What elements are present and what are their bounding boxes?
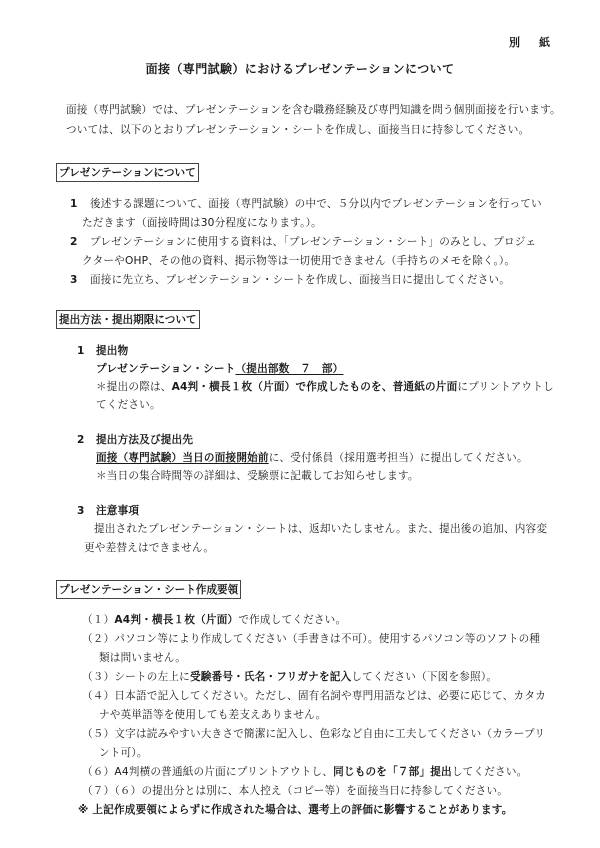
item-number: （４） (82, 690, 114, 702)
submission-note-cont: てください。 (96, 397, 161, 412)
guideline-bold: 受験番号・氏名・フリガナを記入 (190, 671, 351, 683)
section-heading-submission: 提出方法・提出期限について (56, 310, 200, 329)
reference-mark-icon: ※ (78, 804, 89, 816)
item-number: （３） (82, 671, 114, 683)
guideline-item-cont: ナや英単語等を使用しても差支えありません。 (99, 707, 326, 722)
item-number: 2 (77, 434, 96, 446)
guideline-item: （５）文字は読みやすい大きさで簡潔に記入し、色彩など自由に工夫してください（カラ… (82, 726, 545, 741)
item-number: （１） (82, 614, 114, 626)
note-prefix: ＊提出の際は、 (96, 381, 172, 393)
attachment-label: 別 紙 (509, 34, 554, 50)
guideline-text: 日本語で記入してください。ただし、固有名詞や専門用語などは、必要に応じて、カタカ (114, 690, 546, 702)
item-text: プレゼンテーションに使用する資料は、「プレゼンテーション・シート」のみとし、プロ… (90, 236, 536, 248)
item-number: 3 (70, 274, 90, 286)
guideline-item: （６）A4判横の普通紙の片面にプリントアウトし、同じものを「７部」提出してくださ… (82, 764, 527, 779)
submission-method: 面接（専門試験）当日の面接開始前に、受付係員（採用選考担当）に提出してください。 (96, 450, 528, 465)
guideline-item-cont: 類は問いません。 (99, 650, 186, 665)
submission-destination: に、受付係員（採用選考担当）に提出してください。 (269, 452, 528, 464)
guideline-text: （６）の提出分とは別に、本人控え（コピー等）を面接当日に持参してください。 (114, 785, 508, 797)
item-text: 後述する課題について、面接（専門試験）の中で、５分以内でプレゼンテーションを行っ… (90, 198, 542, 210)
list-item-cont: ただきます（面接時間は30分程度になります。）。 (82, 215, 322, 230)
warning-note: ※ 上記作成要領によらずに作成された場合は、選考上の評価に影響することがあります… (78, 802, 513, 817)
submission-note: ＊提出の際は、A4判・横長１枚（片面）で作成したものを、普通紙の片面にプリントア… (96, 379, 554, 394)
item-number: 2 (70, 236, 90, 248)
guideline-text: 文字は読みやすい大きさで簡潔に記入し、色彩など自由に工夫してください（カラープリ (114, 728, 545, 740)
page-title: 面接（専門試験）におけるプレゼンテーションについて (0, 60, 600, 77)
item-number: 3 (77, 505, 96, 517)
guideline-text: してください。 (452, 766, 528, 778)
guideline-text: シートの左上に (114, 671, 190, 683)
notice-line-1: 提出されたプレゼンテーション・シートは、返却いたしません。また、提出後の追加、内… (94, 521, 547, 536)
guideline-item: （２）パソコン等により作成してください（手書きは不可）。使用するパソコン等のソフ… (82, 631, 540, 646)
subsection-3: 3注意事項 (77, 503, 139, 518)
item-text: 面接に先立ち、プレゼンテーション・シートを作成し、面接当日に提出してください。 (90, 274, 510, 286)
subsection-2: 2提出方法及び提出先 (77, 432, 193, 447)
guideline-text: で作成してください。 (238, 614, 346, 626)
note-suffix: にプリントアウトし (457, 381, 553, 393)
item-number: （７） (82, 785, 114, 797)
note-bold: A4判・横長１枚（片面）で作成したものを、普通紙の片面 (172, 381, 458, 393)
guideline-item: （７）（６）の提出分とは別に、本人控え（コピー等）を面接当日に持参してください。 (82, 783, 508, 798)
subsection-title: 提出方法及び提出先 (96, 434, 193, 446)
item-number: （６） (82, 766, 114, 778)
subsection-1: 1提出物 (77, 343, 128, 358)
guideline-item: （１）A4判・横長１枚（片面）で作成してください。 (82, 612, 346, 627)
list-item: 1後述する課題について、面接（専門試験）の中で、５分以内でプレゼンテーションを行… (70, 196, 542, 211)
warning-text: 上記作成要領によらずに作成された場合は、選考上の評価に影響することがあります。 (92, 804, 512, 816)
list-item: 3面接に先立ち、プレゼンテーション・シートを作成し、面接当日に提出してください。 (70, 272, 510, 287)
guideline-item: （４）日本語で記入してください。ただし、固有名詞や専門用語などは、必要に応じて、… (82, 688, 546, 703)
section-heading-guidelines: プレゼンテーション・シート作成要領 (56, 580, 241, 599)
subsection-title: 注意事項 (96, 505, 139, 517)
guideline-bold: 同じものを「７部」提出 (333, 766, 452, 778)
list-item-cont: クターやOHP、その他の資料、掲示物等は一切使用できません（手持ちのメモを除く。… (82, 253, 515, 268)
item-number: 1 (70, 198, 90, 210)
submission-timing: 面接（専門試験）当日の面接開始前 (96, 452, 269, 464)
submission-item: プレゼンテーション・シート（提出部数 ７ 部） (96, 361, 343, 376)
item-number: 1 (77, 345, 96, 357)
guideline-bold: A4判・横長１枚（片面） (114, 614, 238, 626)
guideline-item-cont: ント可）。 (99, 745, 148, 760)
item-number: （２） (82, 633, 114, 645)
notice-line-2: 更や差替えはできません。 (84, 540, 214, 555)
intro-line-2: ついては、以下のとおりプレゼンテーション・シートを作成し、面接当日に持参してくだ… (66, 122, 529, 137)
sheet-name: プレゼンテーション・シート (96, 363, 235, 375)
submission-method-note: ＊当日の集合時間等の詳細は、受験票に記載してお知らせします。 (96, 468, 419, 483)
guideline-text: パソコン等により作成してください（手書きは不可）。使用するパソコン等のソフトの種 (114, 633, 540, 645)
intro-line-1: 面接（専門試験）では、プレゼンテーションを含む職務経験及び専門知識を問う個別面接… (66, 102, 561, 117)
item-number: （５） (82, 728, 114, 740)
section-heading-presentation: プレゼンテーションについて (56, 163, 199, 182)
guideline-text: してください（下図を参照）。 (351, 671, 497, 683)
subsection-title: 提出物 (96, 345, 128, 357)
list-item: 2プレゼンテーションに使用する資料は、「プレゼンテーション・シート」のみとし、プ… (70, 234, 536, 249)
copies-count: （提出部数 ７ 部） (235, 363, 343, 375)
guideline-item: （３）シートの左上に受験番号・氏名・フリガナを記入してください（下図を参照）。 (82, 669, 497, 684)
guideline-text: A4判横の普通紙の片面にプリントアウトし、 (114, 766, 333, 778)
